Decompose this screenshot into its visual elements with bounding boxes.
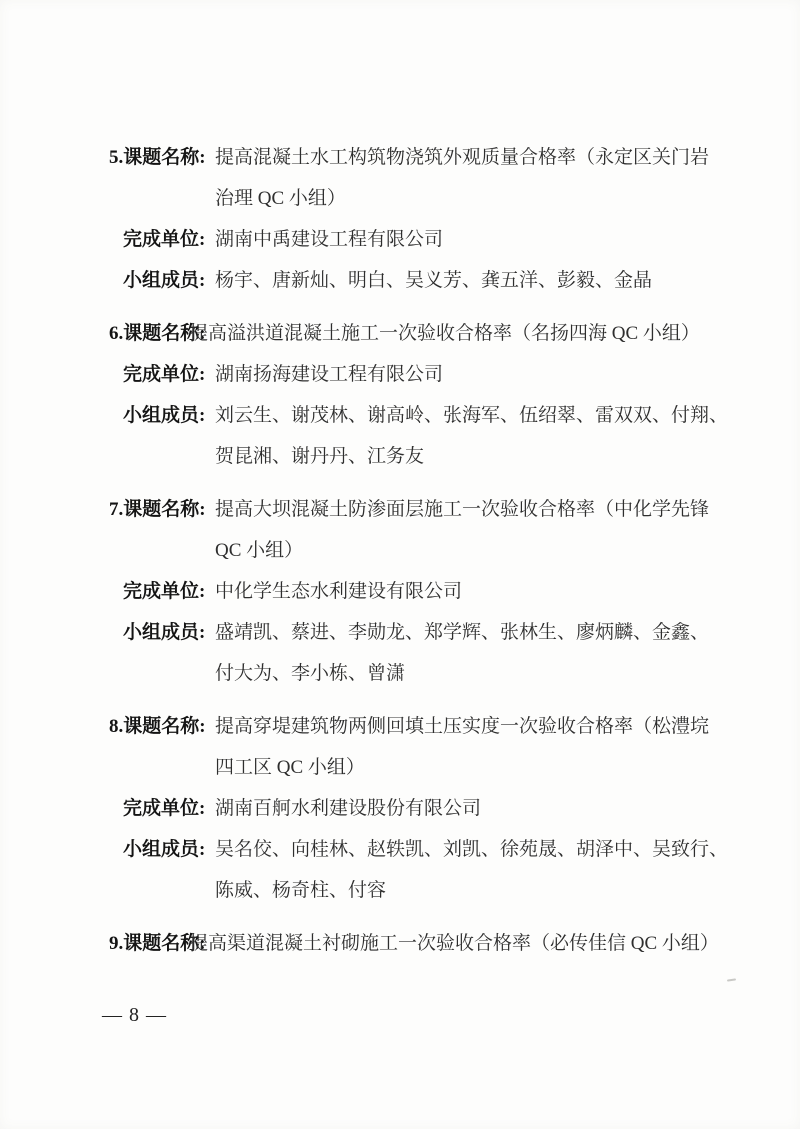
unit-label: 完成单位: bbox=[109, 571, 215, 612]
members-line: 小组成员: 杨宇、唐新灿、明白、吴义芳、龚五洋、彭毅、金晶 bbox=[109, 260, 800, 301]
members-line: 小组成员: 吴名佼、向桂林、赵轶凯、刘凯、徐苑晟、胡泽中、吴致行、 bbox=[109, 829, 800, 870]
topic-label: 7.课题名称: bbox=[109, 489, 215, 530]
topic-text: 四工区 QC 小组） bbox=[215, 747, 365, 788]
topic-line: 6.课题名称: 提高溢洪道混凝土施工一次验收合格率（名扬四海 QC 小组） bbox=[109, 313, 800, 354]
entry-number: 5. bbox=[109, 147, 123, 168]
topic-line: 9.课题名称: 提高渠道混凝土衬砌施工一次验收合格率（必传佳信 QC 小组） bbox=[109, 923, 800, 964]
members-text: 吴名佼、向桂林、赵轶凯、刘凯、徐苑晟、胡泽中、吴致行、 bbox=[215, 829, 728, 870]
entry-number: 8. bbox=[109, 716, 123, 737]
unit-label: 完成单位: bbox=[109, 219, 215, 260]
unit-text: 湖南中禹建设工程有限公司 bbox=[215, 219, 443, 260]
topic-label-text: 课题名称: bbox=[123, 716, 205, 737]
entry-number: 9. bbox=[109, 933, 123, 954]
unit-line: 完成单位: 湖南百舸水利建设股份有限公司 bbox=[109, 788, 800, 829]
topic-text: QC 小组） bbox=[215, 530, 303, 571]
qc-entry-9: 9.课题名称: 提高渠道混凝土衬砌施工一次验收合格率（必传佳信 QC 小组） bbox=[109, 923, 800, 964]
topic-line-continued: 四工区 QC 小组） bbox=[109, 747, 800, 788]
unit-text: 中化学生态水利建设有限公司 bbox=[215, 571, 462, 612]
scan-artifact bbox=[727, 978, 736, 981]
members-text: 刘云生、谢茂林、谢高岭、张海军、伍绍翠、雷双双、付翔、 bbox=[215, 395, 728, 436]
members-text: 陈威、杨奇柱、付容 bbox=[215, 870, 386, 911]
topic-text: 提高穿堤建筑物两侧回填土压实度一次验收合格率（松澧垸 bbox=[215, 706, 709, 747]
topic-text: 提高混凝土水工构筑物浇筑外观质量合格率（永定区关门岩 bbox=[215, 137, 709, 178]
unit-text: 湖南扬海建设工程有限公司 bbox=[215, 354, 443, 395]
members-label: 小组成员: bbox=[109, 612, 215, 653]
topic-label: 5.课题名称: bbox=[109, 137, 215, 178]
topic-line-continued: 治理 QC 小组） bbox=[109, 178, 800, 219]
topic-label-text: 课题名称: bbox=[123, 499, 205, 520]
topic-label: 8.课题名称: bbox=[109, 706, 215, 747]
unit-label: 完成单位: bbox=[109, 788, 215, 829]
topic-line: 8.课题名称: 提高穿堤建筑物两侧回填土压实度一次验收合格率（松澧垸 bbox=[109, 706, 800, 747]
topic-text: 提高大坝混凝土防渗面层施工一次验收合格率（中化学先锋 bbox=[215, 489, 709, 530]
members-label: 小组成员: bbox=[109, 395, 215, 436]
topic-line-continued: QC 小组） bbox=[109, 530, 800, 571]
unit-line: 完成单位: 湖南扬海建设工程有限公司 bbox=[109, 354, 800, 395]
unit-line: 完成单位: 湖南中禹建设工程有限公司 bbox=[109, 219, 800, 260]
entry-number: 7. bbox=[109, 499, 123, 520]
entry-number: 6. bbox=[109, 323, 123, 344]
unit-line: 完成单位: 中化学生态水利建设有限公司 bbox=[109, 571, 800, 612]
members-label: 小组成员: bbox=[109, 260, 215, 301]
members-line-continued: 贺昆湘、谢丹丹、江务友 bbox=[109, 436, 800, 477]
members-text: 贺昆湘、谢丹丹、江务友 bbox=[215, 436, 424, 477]
members-text: 付大为、李小栋、曾潇 bbox=[215, 653, 405, 694]
topic-text: 提高溢洪道混凝土施工一次验收合格率（名扬四海 QC 小组） bbox=[189, 313, 700, 354]
topic-text: 提高渠道混凝土衬砌施工一次验收合格率（必传佳信 QC 小组） bbox=[189, 923, 719, 964]
scanned-document-page: 5.课题名称: 提高混凝土水工构筑物浇筑外观质量合格率（永定区关门岩 治理 QC… bbox=[0, 0, 800, 1129]
members-text: 杨宇、唐新灿、明白、吴义芳、龚五洋、彭毅、金晶 bbox=[215, 260, 652, 301]
qc-entry-5: 5.课题名称: 提高混凝土水工构筑物浇筑外观质量合格率（永定区关门岩 治理 QC… bbox=[109, 137, 800, 301]
topic-text: 治理 QC 小组） bbox=[215, 178, 346, 219]
qc-entry-7: 7.课题名称: 提高大坝混凝土防渗面层施工一次验收合格率（中化学先锋 QC 小组… bbox=[109, 489, 800, 694]
topic-line: 5.课题名称: 提高混凝土水工构筑物浇筑外观质量合格率（永定区关门岩 bbox=[109, 137, 800, 178]
members-line-continued: 陈威、杨奇柱、付容 bbox=[109, 870, 800, 911]
qc-entry-8: 8.课题名称: 提高穿堤建筑物两侧回填土压实度一次验收合格率（松澧垸 四工区 Q… bbox=[109, 706, 800, 911]
members-line: 小组成员: 盛靖凯、蔡进、李勋龙、郑学辉、张林生、廖炳麟、金鑫、 bbox=[109, 612, 800, 653]
topic-label-text: 课题名称: bbox=[123, 147, 205, 168]
members-line: 小组成员: 刘云生、谢茂林、谢高岭、张海军、伍绍翠、雷双双、付翔、 bbox=[109, 395, 800, 436]
page-number: — 8 — bbox=[102, 1003, 167, 1027]
qc-entry-6: 6.课题名称: 提高溢洪道混凝土施工一次验收合格率（名扬四海 QC 小组） 完成… bbox=[109, 313, 800, 477]
topic-line: 7.课题名称: 提高大坝混凝土防渗面层施工一次验收合格率（中化学先锋 bbox=[109, 489, 800, 530]
members-label: 小组成员: bbox=[109, 829, 215, 870]
members-line-continued: 付大为、李小栋、曾潇 bbox=[109, 653, 800, 694]
members-text: 盛靖凯、蔡进、李勋龙、郑学辉、张林生、廖炳麟、金鑫、 bbox=[215, 612, 709, 653]
document-body: 5.课题名称: 提高混凝土水工构筑物浇筑外观质量合格率（永定区关门岩 治理 QC… bbox=[0, 0, 800, 964]
unit-text: 湖南百舸水利建设股份有限公司 bbox=[215, 788, 481, 829]
unit-label: 完成单位: bbox=[109, 354, 215, 395]
